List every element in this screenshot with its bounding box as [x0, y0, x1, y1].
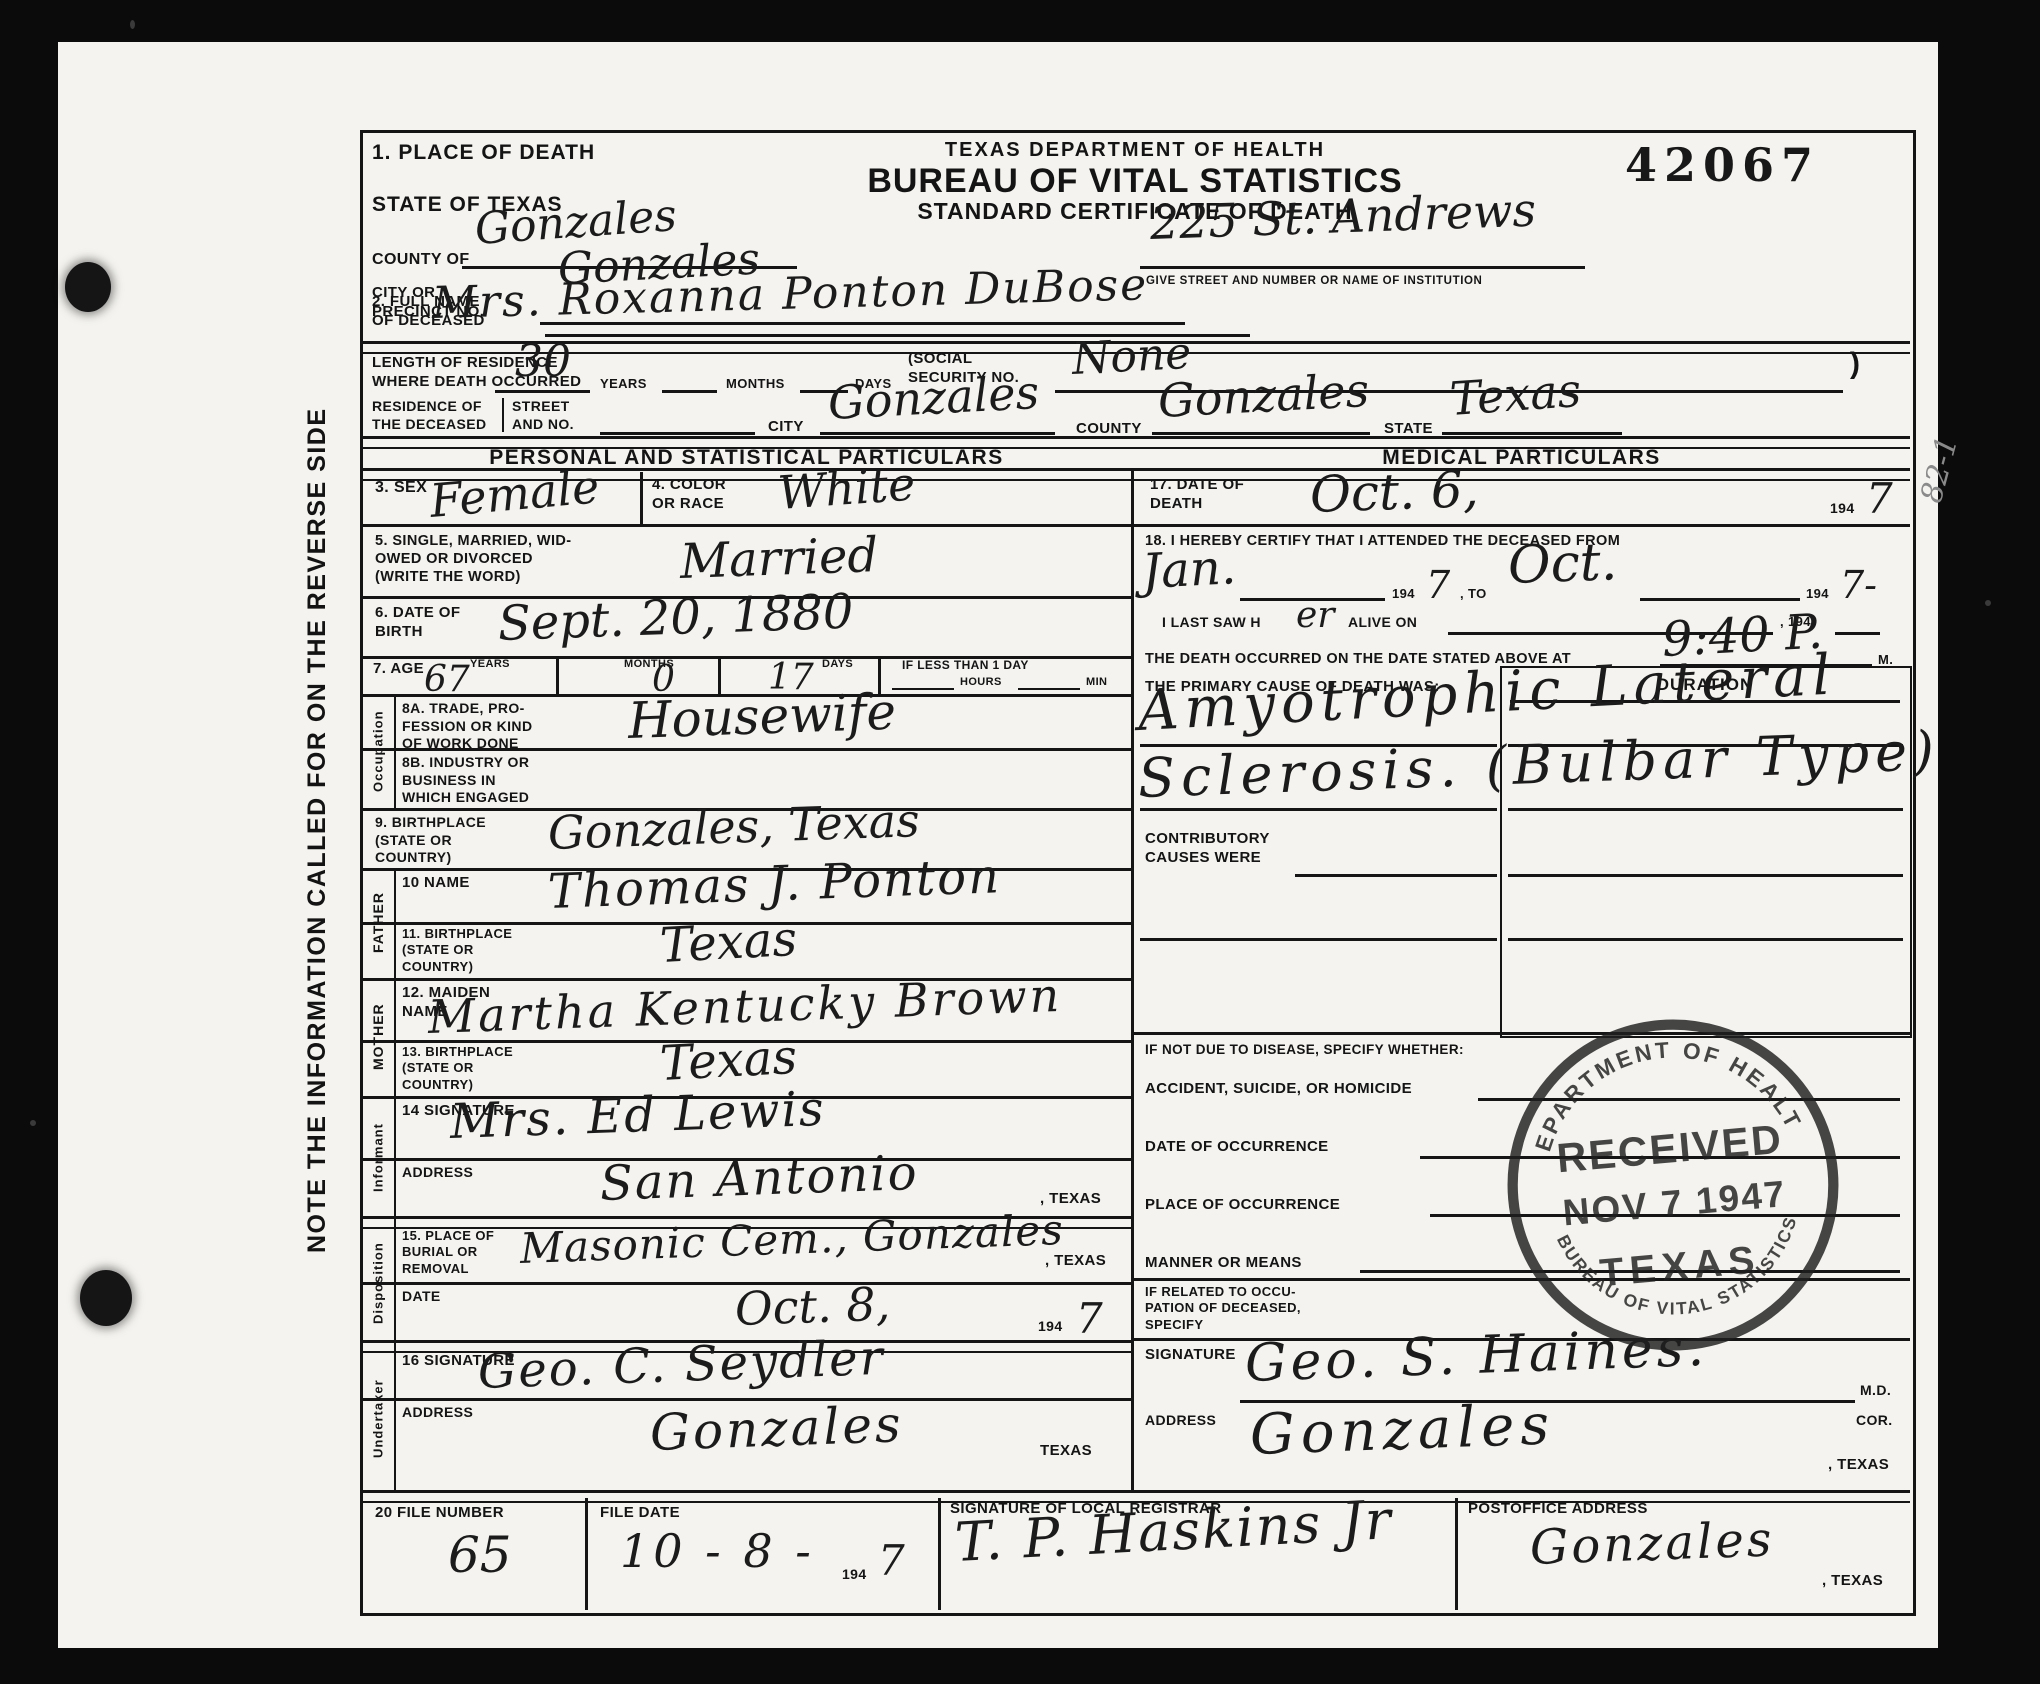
- underline: [600, 432, 755, 435]
- physician-address-state: , TEXAS: [1828, 1456, 1889, 1475]
- age-min-label: MIN: [1086, 676, 1107, 690]
- underline: [1140, 938, 1497, 941]
- sex-label: 3. SEX: [375, 478, 427, 498]
- scan-artifact: [130, 20, 135, 29]
- date-of-death-label: 17. DATE OF DEATH: [1150, 476, 1244, 514]
- physician-signature-label: SIGNATURE: [1145, 1346, 1236, 1365]
- last-saw-label: I LAST SAW H: [1162, 614, 1261, 632]
- trade-label: 8A. TRADE, PRO- FESSION OR KIND OF WORK …: [402, 700, 532, 753]
- label-divider: [502, 398, 504, 432]
- years-label: YEARS: [600, 376, 647, 392]
- birthplace-value: Gonzales, Texas: [547, 797, 920, 856]
- underline: [1442, 432, 1622, 435]
- burial-place-state: , TEXAS: [1045, 1252, 1106, 1271]
- underline: [1508, 938, 1903, 941]
- underline: [1640, 598, 1800, 601]
- underline: [1835, 632, 1880, 635]
- manner-or-means-label: MANNER OR MEANS: [1145, 1254, 1302, 1273]
- file-date-value: 10 - 8 -: [620, 1528, 815, 1574]
- file-date-label: FILE DATE: [600, 1504, 680, 1523]
- undertaker-address-value: Gonzales: [649, 1399, 904, 1458]
- certificate-number: 42067: [1625, 138, 1820, 192]
- punch-hole: [65, 262, 111, 312]
- not-disease-label: IF NOT DUE TO DISEASE, SPECIFY WHETHER:: [1145, 1042, 1464, 1059]
- length-of-residence-value: 30: [515, 340, 571, 384]
- color-race-label: 4. COLOR OR RACE: [652, 476, 726, 514]
- date-of-death-value: Oct. 6,: [1309, 464, 1479, 520]
- father-name-value: Thomas J. Ponton: [547, 852, 1002, 916]
- underline: [1295, 874, 1497, 877]
- cell-divider: [938, 1498, 941, 1610]
- certify-to-year-prefix: 194: [1806, 586, 1829, 602]
- ssn-close-paren: ): [1850, 345, 1860, 383]
- undertaker-address-label: ADDRESS: [402, 1404, 473, 1422]
- county-label: COUNTY OF: [372, 250, 470, 270]
- postoffice-address-value: Gonzales: [1529, 1515, 1775, 1572]
- row-rule: [360, 748, 1133, 751]
- physician-address-label: ADDRESS: [1145, 1412, 1216, 1430]
- file-date-year-prefix: 194: [842, 1566, 867, 1584]
- certify-from-value: Jan.: [1141, 543, 1237, 596]
- burial-date-value: Oct. 8,: [734, 1281, 891, 1332]
- father-birthplace-value: Texas: [659, 915, 798, 970]
- mother-side-label: MOTHER: [363, 978, 393, 1096]
- residence-of-deceased-label: RESIDENCE OF THE DECEASED: [372, 398, 486, 433]
- undertaker-address-state: TEXAS: [1040, 1442, 1092, 1461]
- father-name-label: 10 NAME: [402, 874, 470, 893]
- underline: [1140, 266, 1585, 269]
- certify-to-value: Oct.: [1507, 536, 1618, 592]
- cell-divider: [640, 472, 643, 524]
- stamp-date-text: NOV 7 1947: [1561, 1173, 1788, 1233]
- informant-address-value: San Antonio: [599, 1149, 919, 1208]
- sex-value: Female: [428, 463, 601, 524]
- months-label: MONTHS: [726, 376, 785, 392]
- undertaker-signature-value: Geo. C. Seydler: [477, 1334, 885, 1396]
- birthplace-label: 9. BIRTHPLACE (STATE OR COUNTRY): [375, 814, 486, 867]
- occupation-side-label: Occupation: [363, 694, 393, 808]
- certify-from-year-value: 7: [1426, 566, 1450, 604]
- file-number-label: 20 FILE NUMBER: [375, 1504, 504, 1523]
- underline: [1152, 432, 1370, 435]
- alive-on-label: ALIVE ON: [1348, 614, 1417, 632]
- certify-to-year-value: 7-: [1840, 566, 1877, 604]
- scan-artifact: [1985, 600, 1991, 606]
- certify-to-label: , TO: [1460, 586, 1487, 602]
- father-birthplace-label: 11. BIRTHPLACE (STATE OR COUNTRY): [402, 926, 512, 975]
- md-label: M.D.: [1860, 1382, 1891, 1400]
- cor-label: COR.: [1856, 1412, 1893, 1430]
- informant-address-label: ADDRESS: [402, 1164, 473, 1182]
- contributory-label: CONTRIBUTORY CAUSES WERE: [1145, 830, 1270, 868]
- street-and-no-label: STREET AND NO.: [512, 398, 574, 433]
- underline: [1140, 808, 1497, 811]
- underline: [820, 432, 1055, 435]
- res-city-label: CITY: [768, 418, 804, 437]
- certify-from-year-prefix: 194: [1392, 586, 1415, 602]
- group-strip-divider: [394, 868, 396, 1490]
- res-city-value: Gonzales: [827, 369, 1040, 426]
- marital-status-label: 5. SINGLE, MARRIED, WID- OWED OR DIVORCE…: [375, 532, 572, 586]
- date-of-occurrence-label: DATE OF OCCURRENCE: [1145, 1138, 1329, 1157]
- age-years-label: YEARS: [470, 658, 510, 672]
- dod-year-prefix: 194: [1830, 500, 1855, 518]
- res-state-value: Texas: [1448, 367, 1582, 422]
- date-of-birth-value: Sept. 20, 1880: [497, 588, 854, 648]
- burial-place-label: 15. PLACE OF BURIAL OR REMOVAL: [402, 1228, 494, 1277]
- color-race-value: White: [776, 460, 916, 515]
- age-label: 7. AGE: [373, 660, 424, 679]
- file-date-year-value: 7: [878, 1540, 905, 1582]
- underline: [892, 688, 954, 690]
- accident-suicide-label: ACCIDENT, SUICIDE, OR HOMICIDE: [1145, 1080, 1412, 1099]
- reverse-side-note: NOTE THE INFORMATION CALLED FOR ON THE R…: [303, 375, 349, 1285]
- place-of-death-label: 1. PLACE OF DEATH: [372, 140, 595, 166]
- occupation-related-label: IF RELATED TO OCCU- PATION OF DECEASED, …: [1145, 1284, 1301, 1333]
- mother-birthplace-value: Texas: [659, 1033, 798, 1088]
- burial-date-year-prefix: 194: [1038, 1318, 1063, 1336]
- row-rule: [1133, 524, 1910, 527]
- file-number-value: 65: [448, 1530, 512, 1580]
- row-rule: [360, 524, 1133, 527]
- street-address-value: 225 St. Andrews: [1149, 187, 1537, 246]
- informant-signature-value: Mrs. Ed Lewis: [449, 1085, 826, 1146]
- trade-value: Housewife: [627, 687, 897, 746]
- industry-label: 8B. INDUSTRY OR BUSINESS IN WHICH ENGAGE…: [402, 754, 529, 807]
- date-of-birth-label: 6. DATE OF BIRTH: [375, 604, 460, 642]
- burial-date-year-value: 7: [1076, 1298, 1103, 1340]
- last-saw-her-value: er: [1296, 598, 1335, 634]
- place-of-occurrence-label: PLACE OF OCCURRENCE: [1145, 1196, 1340, 1215]
- stamp-received-text: RECEIVED: [1555, 1116, 1785, 1182]
- scanned-death-certificate: NOTE THE INFORMATION CALLED FOR ON THE R…: [0, 0, 2040, 1684]
- underline: [495, 390, 590, 393]
- if-less-than-day-label: IF LESS THAN 1 DAY: [902, 658, 1029, 673]
- underline: [1508, 874, 1903, 877]
- group-strip-divider: [394, 694, 396, 808]
- physician-address-value: Gonzales: [1249, 1397, 1556, 1464]
- punch-hole: [80, 1270, 132, 1326]
- marital-status-value: Married: [679, 531, 879, 586]
- cell-divider: [585, 1498, 588, 1610]
- age-days-label: DAYS: [822, 658, 853, 672]
- dod-year-value: 7: [1866, 478, 1893, 520]
- cell-divider: [1455, 1498, 1458, 1610]
- undertaker-side-label: Undertaker: [363, 1348, 393, 1490]
- age-years-value: 67: [424, 662, 470, 698]
- scan-artifact: [30, 1120, 36, 1126]
- underline: [662, 390, 717, 393]
- age-hours-label: HOURS: [960, 676, 1002, 690]
- received-stamp: DEPARTMENT OF HEALTH RECEIVED NOV 7 1947…: [1473, 985, 1874, 1386]
- underline: [1508, 808, 1903, 811]
- cell-divider: [556, 656, 559, 694]
- res-county-value: Gonzales: [1157, 367, 1370, 424]
- postoffice-address-state: , TEXAS: [1822, 1572, 1883, 1591]
- mother-birthplace-label: 13. BIRTHPLACE (STATE OR COUNTRY): [402, 1044, 513, 1093]
- underline: [1018, 688, 1080, 690]
- street-note-label: GIVE STREET AND NUMBER OR NAME OF INSTIT…: [1146, 274, 1482, 288]
- burial-date-label: DATE: [402, 1288, 441, 1306]
